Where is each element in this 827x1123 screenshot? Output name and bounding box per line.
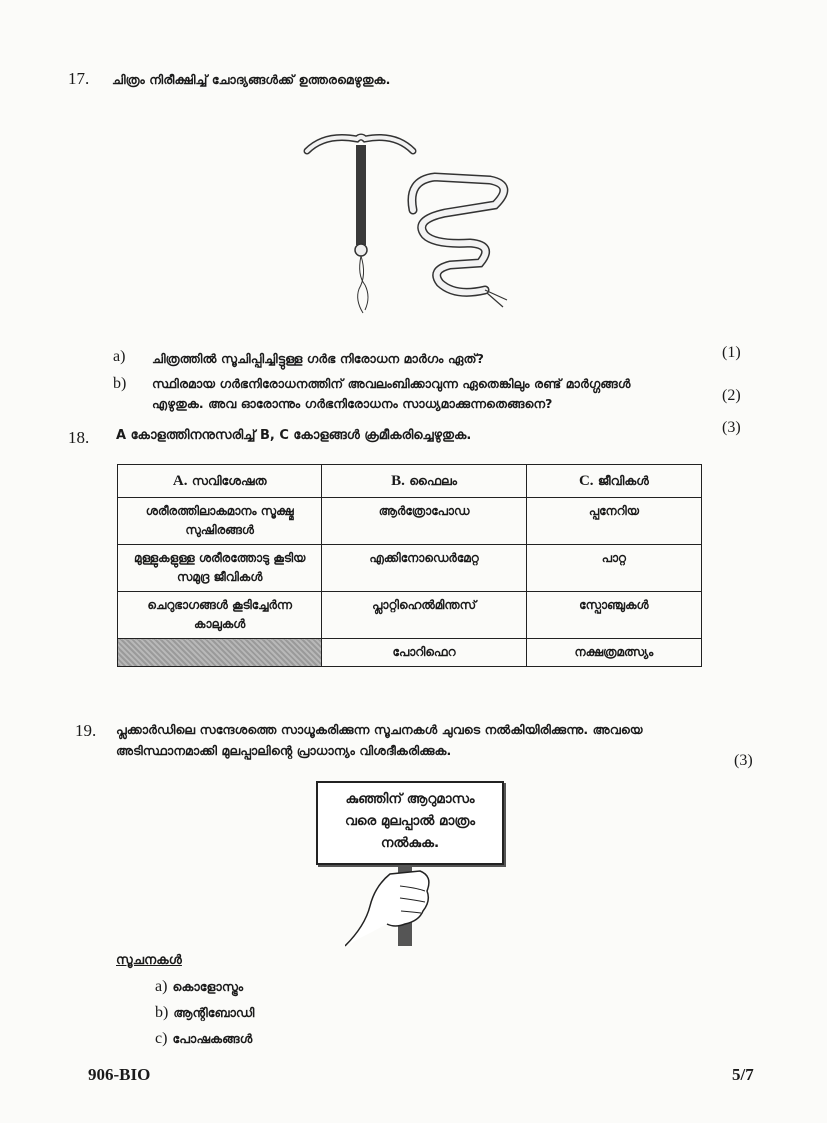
q17a-label: a) <box>113 348 125 366</box>
table-row: ചെറുഭാഗങ്ങൾ കൂടിച്ചേർന്ന കാലുകൾ പ്ലാറ്റി… <box>118 592 702 639</box>
iud-figure-icon <box>295 125 525 315</box>
cell-a: ശരീരത്തിലാകമാനം സൂക്ഷ്മ സുഷിരങ്ങൾ <box>118 498 322 545</box>
header-c: C. ജീവികൾ <box>526 465 701 498</box>
cell-c: സ്പോഞ്ചുകൾ <box>526 592 701 639</box>
header-b: B. ഫൈലം <box>322 465 526 498</box>
cell-b: പോറിഫെറ <box>322 639 526 667</box>
page-number: 5/7 <box>732 1065 754 1085</box>
match-table: A. സവിശേഷത B. ഫൈലം C. ജീവികൾ ശരീരത്തിലാക… <box>117 464 702 667</box>
q18-number: 18. <box>68 428 89 448</box>
cell-c: നക്ഷത്രമത്സ്യം <box>526 639 701 667</box>
q17a-marks: (1) <box>722 344 741 362</box>
hint-item: b) ആന്റിബോഡി <box>155 1002 254 1022</box>
q17b-text: സ്ഥിരമായ ഗർഭനിരോധനത്തിന് അവലംബിക്കാവുന്ന… <box>152 376 631 392</box>
q19-marks: (3) <box>734 752 753 770</box>
q18-marks: (3) <box>722 419 741 437</box>
cell-b: എക്കിനോഡെർമേറ്റ <box>322 545 526 592</box>
hints-title: സൂചനകൾ <box>116 953 182 968</box>
table-row: ശരീരത്തിലാകമാനം സൂക്ഷ്മ സുഷിരങ്ങൾ ആർത്രോ… <box>118 498 702 545</box>
q17-number: 17. <box>68 69 89 89</box>
paper-code: 906-BIO <box>88 1065 150 1085</box>
q17-text: ചിത്രം നിരീക്ഷിച്ച് ചോദ്യങ്ങൾക്ക് ഉത്തരമ… <box>112 72 390 88</box>
table-header-row: A. സവിശേഷത B. ഫൈലം C. ജീവികൾ <box>118 465 702 498</box>
cell-b: ആർത്രോപോഡ <box>322 498 526 545</box>
hint-item: a) കൊളോസ്ട്രം <box>155 976 243 996</box>
placard-line: കുഞ്ഞിന് ആറുമാസം <box>318 788 502 810</box>
q19-number: 19. <box>75 721 96 741</box>
q17b-marks: (2) <box>722 387 741 405</box>
placard-line: വരെ മുലപ്പാൽ മാത്രം <box>318 810 502 832</box>
hint-item: c) പോഷകങ്ങൾ <box>155 1028 252 1048</box>
cell-c: പ്പനേറിയ <box>526 498 701 545</box>
q18-text: A കോളത്തിനനുസരിച്ച് B, C കോളങ്ങൾ ക്രമീകര… <box>116 428 471 443</box>
cell-c: പാറ്റ <box>526 545 701 592</box>
cell-a: ചെറുഭാഗങ്ങൾ കൂടിച്ചേർന്ന കാലുകൾ <box>118 592 322 639</box>
header-a: A. സവിശേഷത <box>118 465 322 498</box>
cell-a: മുള്ളുകളുള്ള ശരീരത്തോടു കൂടിയ സമുദ്ര ജീവ… <box>118 545 322 592</box>
q19-text: പ്ലക്കാർഡിലെ സന്ദേശത്തെ സാധൂകരിക്കുന്ന സ… <box>116 722 643 738</box>
q17b-text-line2: എഴുതുക. അവ ഓരോന്നും ഗർഭനിരോധനം സാധ്യമാക്… <box>152 396 553 412</box>
q17b-label: b) <box>113 375 126 393</box>
q17a-text: ചിത്രത്തിൽ സൂചിപ്പിച്ചിട്ടുള്ള ഗർഭ നിരോധ… <box>152 351 484 367</box>
cell-b: പ്ലാറ്റിഹെൽമിന്തസ് <box>322 592 526 639</box>
table-row: പോറിഫെറ നക്ഷത്രമത്സ്യം <box>118 639 702 667</box>
placard-line: നൽകുക. <box>318 832 502 854</box>
cell-a-shaded <box>118 639 322 667</box>
table-row: മുള്ളുകളുള്ള ശരീരത്തോടു കൂടിയ സമുദ്ര ജീവ… <box>118 545 702 592</box>
placard: കുഞ്ഞിന് ആറുമാസം വരെ മുലപ്പാൽ മാത്രം നൽക… <box>316 781 504 865</box>
hand-holding-placard-icon <box>345 866 455 951</box>
q19-text-line2: അടിസ്ഥാനമാക്കി മുലപ്പാലിന്റെ പ്രാധാന്യം … <box>116 743 451 759</box>
